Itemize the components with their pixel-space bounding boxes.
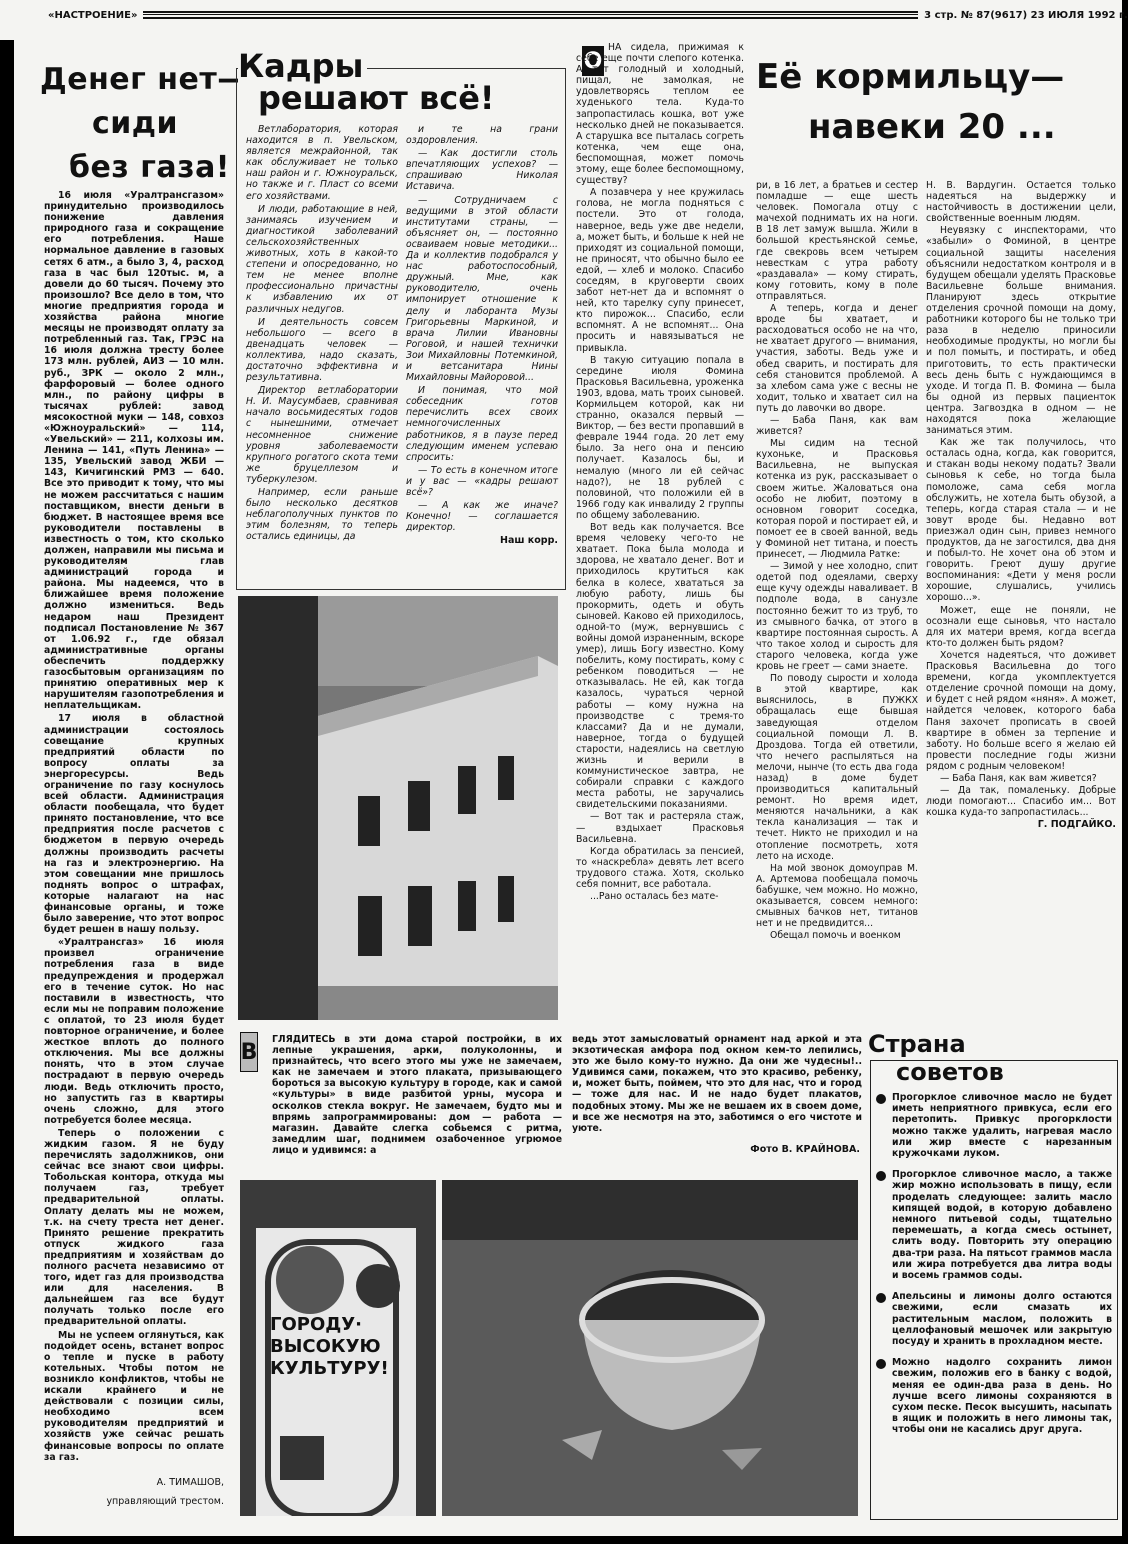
building-photo [238,596,558,1020]
paragraph: На мой звонок домоуправ М. А. Артемова п… [756,863,918,930]
scan-edge-bottom [0,1536,1128,1544]
gas-headline-line: без газа! [40,146,230,190]
bullet-icon [876,1293,886,1303]
kormilets-headline-line: навеки 20 ... [756,102,1116,152]
svg-text:ВЫСОКУЮ: ВЫСОКУЮ [270,1336,381,1357]
poster-photo: ГОРОДУ· ВЫСОКУЮ КУЛЬТУРУ! [240,1180,436,1516]
tip-item: Прогорклое сливочное масло не будет имет… [876,1092,1112,1159]
masthead: «НАСТРОЕНИЕ» 3 стр. № 87(9617) 23 ИЮЛЯ 1… [48,6,1128,24]
tip-text: Прогорклое сливочное масло не будет имет… [892,1092,1112,1159]
paragraph: ри, в 16 лет, а братьев и сестер помладш… [756,180,918,302]
paragraph: Обещал помочь и военком [756,930,918,941]
paragraph: — А как же иначе? Конечно! — соглашается… [406,500,558,533]
paragraph: — Вот так и растеряла стаж, — вздыхает П… [576,811,744,844]
scan-edge-right [1122,0,1128,1544]
paragraph: Может, еще не поняли, не осознали еще сы… [926,605,1116,649]
gas-headline-line: Денег нет— [40,58,230,102]
gas-headline-line: сиди [40,102,230,146]
kormilets-headline-line: Её кормильцу— [756,52,1116,102]
tip-item: Можно надолго сохранить лимон свежим, по… [876,1357,1112,1435]
paragraph: Теперь о положении с жидким газом. Я не … [44,1128,224,1328]
paragraph: — Зимой у нее холодно, спит одетой под о… [756,561,918,672]
paragraph: Н. В. Вардугин. Остается только надеятьс… [926,180,1116,224]
strana-sovetov-headline: Страна [868,1030,970,1058]
paragraph: 16 июля «Уралтрансгазом» принудительно п… [44,190,224,711]
paragraph: И люди, работающие в ней, занимаясь изуч… [246,204,398,315]
paragraph: По поводу сырости и холода в этой кварти… [756,673,918,862]
paragraph: И деятельность совсем небольшого — всего… [246,317,398,384]
bullet-icon [876,1359,886,1369]
section-title: «НАСТРОЕНИЕ» [48,10,137,21]
paragraph: Неувязку с инспекторами, что «забыли» о … [926,225,1116,436]
paragraph: А теперь, когда и денег вроде бы хватает… [756,303,918,414]
author-title: управляющий трестом. [44,1496,224,1507]
kormilets-col-2: ри, в 16 лет, а братьев и сестер помладш… [756,180,918,942]
masthead-rule [143,11,918,19]
paragraph: — Баба Паня, как вам живется? [756,415,918,437]
gas-article-body: 16 июля «Уралтрансгазом» принудительно п… [44,190,224,1507]
dropcap-v: В [240,1032,258,1072]
issue-info: 3 стр. № 87(9617) 23 ИЮЛЯ 1992 г. [924,10,1128,21]
paragraph: Вот ведь как получается. Все время челов… [576,522,744,810]
paragraph: — Сотрудничаем с ведущими в этой области… [406,195,558,384]
urn-photo [442,1180,858,1516]
paragraph: Хочется надеяться, что доживет Прасковья… [926,650,1116,772]
gas-headline: Денег нет— сиди без газа! [40,58,230,190]
paragraph: — Да так, помаленьку. Добрые люди помога… [926,785,1116,818]
svg-text:КУЛЬТУРУ!: КУЛЬТУРУ! [270,1358,389,1379]
paragraph: Например, если раньше было несколько дес… [246,487,398,542]
paragraph: Как же так получилось, что осталась одна… [926,437,1116,603]
tip-text: Прогорклое сливочное масло, а также жир … [892,1169,1112,1281]
paragraph: Директор ветлаборатории Н. И. Маусумбаев… [246,385,398,485]
kormilets-signature: Г. ПОДГАЙКО. [926,819,1116,830]
paragraph: Мы не успеем оглянуться, как подойдет ос… [44,1330,224,1463]
kormilets-col-3: Н. В. Вардугин. Остается только надеятьс… [926,180,1116,830]
kadry-signature: Наш корр. [406,535,558,546]
paragraph: Ветлаборатория, которая находится в п. У… [246,124,398,202]
photo-caption-left: ГЛЯДИТЕСЬ в эти дома старой постройки, в… [272,1034,562,1156]
paragraph: «Уралтрансгаз» 16 июля произвел ограниче… [44,937,224,1126]
paragraph: И понимая, что мой собеседник готов пере… [406,385,558,463]
paragraph: В такую ситуацию попала в середине июля … [576,355,744,521]
photo-credit: Фото В. КРАЙНОВА. [620,1144,860,1155]
photo-caption-right: ведь этот замысловатый орнамент над арко… [572,1034,862,1134]
kormilets-headline: Её кормильцу— навеки 20 ... [756,52,1116,152]
tip-text: Апельсины и лимоны долго остаются свежим… [892,1291,1112,1347]
tip-item: Апельсины и лимоны долго остаются свежим… [876,1291,1112,1347]
tip-item: Прогорклое сливочное масло, а также жир … [876,1169,1112,1281]
tips-list: Прогорклое сливочное масло не будет имет… [876,1092,1112,1446]
kadry-col-1: Ветлаборатория, которая находится в п. У… [246,124,398,544]
svg-text:ГОРОДУ·: ГОРОДУ· [270,1314,362,1335]
paragraph: 17 июля в областной администрации состоя… [44,713,224,935]
paragraph: — То есть в конечном итоге и у вас — «ка… [406,465,558,498]
paragraph: ...Рано осталась без мате- [576,891,744,902]
paragraph: и те на грани оздоровления. [406,124,558,146]
bullet-icon [876,1094,886,1104]
paragraph: Мы сидим на тесной кухоньке, и Прасковья… [756,438,918,560]
paragraph: Когда обратилась за пенсией, то «наскреб… [576,846,744,890]
kadry-col-2: и те на грани оздоровления. — Как достиг… [406,124,558,546]
kadry-headline-2: решают всё! [258,78,495,118]
strana-sovetov-headline-2: советов [896,1058,1004,1086]
kormilets-col-1: НА сидела, прижимая к себе еще почти сле… [576,42,744,903]
paragraph: — Как достигли столь впечатляющих успехо… [406,148,558,192]
tip-text: Можно надолго сохранить лимон свежим, по… [892,1357,1112,1435]
author-name: А. ТИМАШОВ, [44,1477,224,1488]
scan-edge-left [0,40,14,1544]
paragraph: — Баба Паня, как вам живется? [926,773,1116,784]
bullet-icon [876,1171,886,1181]
paragraph: НА сидела, прижимая к себе еще почти сле… [576,42,744,186]
paragraph: А позавчера у нее кружилась голова, не м… [576,187,744,353]
